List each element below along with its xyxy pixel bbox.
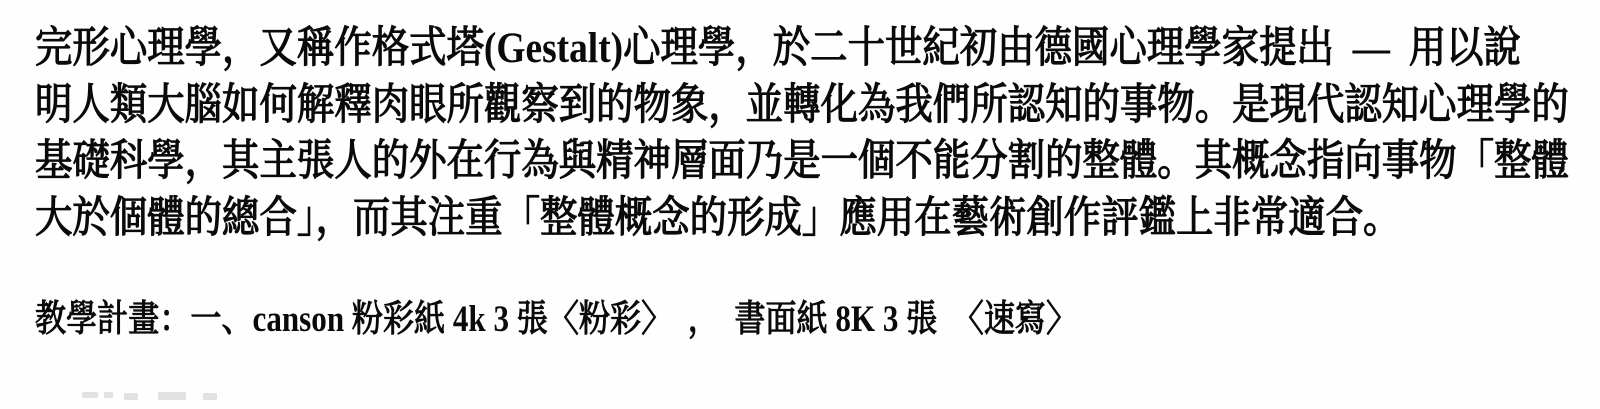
gestalt-text-line-3: 基礎科學，其主張人的外在行為與精神層面乃是一個不能分割的整體。其概念指向事物「整… xyxy=(35,134,1569,191)
cutoff-glyph-fragment xyxy=(158,392,186,400)
gestalt-text-line-2: 明人類大腦如何解釋肉眼所觀察到的物象，並轉化為我們所認知的事物。是現代認知心理學… xyxy=(35,78,1569,135)
cutoff-glyph-fragment xyxy=(124,393,138,400)
gestalt-text-line-4: 大於個體的總合」，而其注重「整體概念的形成」應用在藝術創作評鑑上非常適合。 xyxy=(35,191,1569,248)
paragraph-teaching-plan: 教學計畫：一、canson 粉彩紙 4k 3 張〈粉彩〉 ， 書面紙 8K 3 … xyxy=(35,296,1276,344)
cutoff-glyph-fragment xyxy=(82,392,98,398)
cutoff-glyph-fragment xyxy=(104,392,113,398)
gestalt-text-line-1: 完形心理學，又稱作格式塔(Gestalt)心理學，於二十世紀初由德國心理學家提出… xyxy=(35,21,1569,78)
cutoff-glyph-fragment xyxy=(203,393,217,400)
paragraph-gestalt: 完形心理學，又稱作格式塔(Gestalt)心理學，於二十世紀初由德國心理學家提出… xyxy=(35,21,1600,247)
teaching-plan-line: 教學計畫：一、canson 粉彩紙 4k 3 張〈粉彩〉 ， 書面紙 8K 3 … xyxy=(35,296,1077,344)
document-page: 完形心理學，又稱作格式塔(Gestalt)心理學，於二十世紀初由德國心理學家提出… xyxy=(0,0,1600,409)
